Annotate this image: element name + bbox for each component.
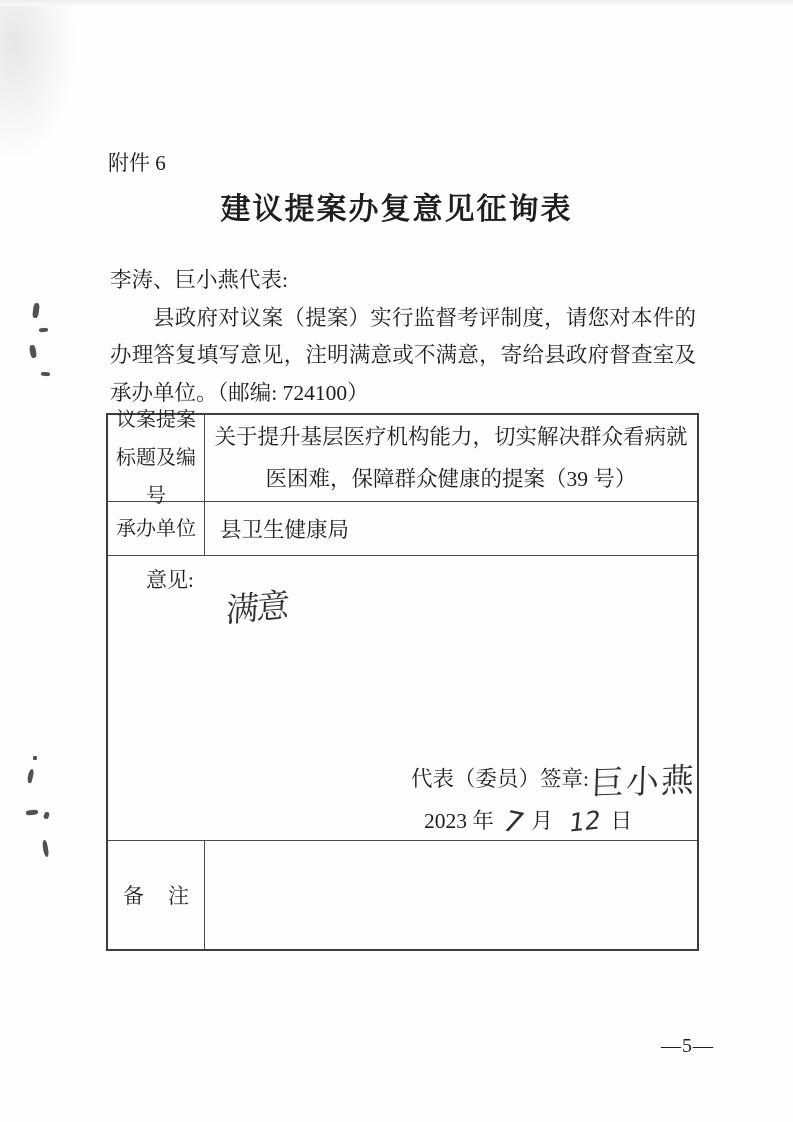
scan-speck	[26, 769, 34, 784]
scan-speck	[29, 345, 37, 359]
proposal-title-value: 关于提升基层医疗机构能力，切实解决群众看病就医困难，保障群众健康的提案（39 号…	[211, 416, 691, 500]
row1-value-cell: 关于提升基层医疗机构能力，切实解决群众看病就医困难，保障群众健康的提案（39 号…	[205, 415, 697, 502]
scan-speck	[41, 840, 49, 858]
row2-label: 承办单位	[116, 510, 196, 548]
body-text: 李涛、巨小燕代表: 县政府对议案（提案）实行监督考评制度，请您对本件的办理答复填…	[110, 262, 696, 412]
scan-speck	[32, 303, 40, 319]
row2-value-cell: 县卫生健康局	[205, 502, 697, 556]
consultation-table: 议案提案 标题及编号 关于提升基层医疗机构能力，切实解决群众看病就医困难，保障群…	[106, 413, 699, 951]
attachment-label: 附件 6	[108, 147, 166, 177]
date-line: 2023 年7月12日	[424, 804, 632, 839]
handling-unit-value: 县卫生健康局	[220, 513, 349, 544]
handwritten-month: 7	[498, 804, 529, 840]
scan-smudge	[0, 6, 74, 156]
row2-label-cell: 承办单位	[108, 502, 205, 556]
opinion-cell: 意见: 满意 代表（委员）签章:巨小燕 2023 年7月12日	[108, 556, 697, 841]
page-number: —5—	[661, 1035, 714, 1058]
date-day-suffix: 日	[611, 809, 633, 833]
date-month-suffix: 月	[531, 809, 553, 833]
handwritten-signature: 巨小燕	[590, 754, 697, 805]
scan-speck	[39, 328, 48, 333]
remarks-label-cell: 备注	[108, 841, 205, 949]
scanned-document-page: 附件 6 建议提案办复意见征询表 李涛、巨小燕代表: 县政府对议案（提案）实行监…	[0, 0, 793, 1122]
signature-label: 代表（委员）签章:	[411, 767, 589, 791]
signature-line: 代表（委员）签章:巨小燕	[411, 756, 696, 803]
body-paragraph: 县政府对议案（提案）实行监督考评制度，请您对本件的办理答复填写意见，注明满意或不…	[110, 300, 696, 413]
salutation: 李涛、巨小燕代表:	[110, 262, 696, 300]
remarks-value-cell	[205, 841, 697, 949]
remarks-label: 备注	[123, 880, 189, 910]
scan-speck	[43, 811, 50, 819]
scan-speck	[41, 372, 50, 376]
date-year: 2023 年	[424, 809, 494, 833]
opinion-label: 意见:	[146, 564, 194, 594]
scan-edge-shadow	[0, 0, 793, 7]
document-title: 建议提案办复意见征询表	[0, 184, 793, 228]
handwritten-opinion: 满意	[225, 579, 289, 632]
scan-speck	[26, 809, 38, 815]
handwritten-day: 12	[567, 805, 602, 838]
row1-label-line1: 议案提案	[116, 401, 196, 439]
row1-label-cell: 议案提案 标题及编号	[108, 415, 205, 502]
scan-speck	[33, 756, 37, 760]
